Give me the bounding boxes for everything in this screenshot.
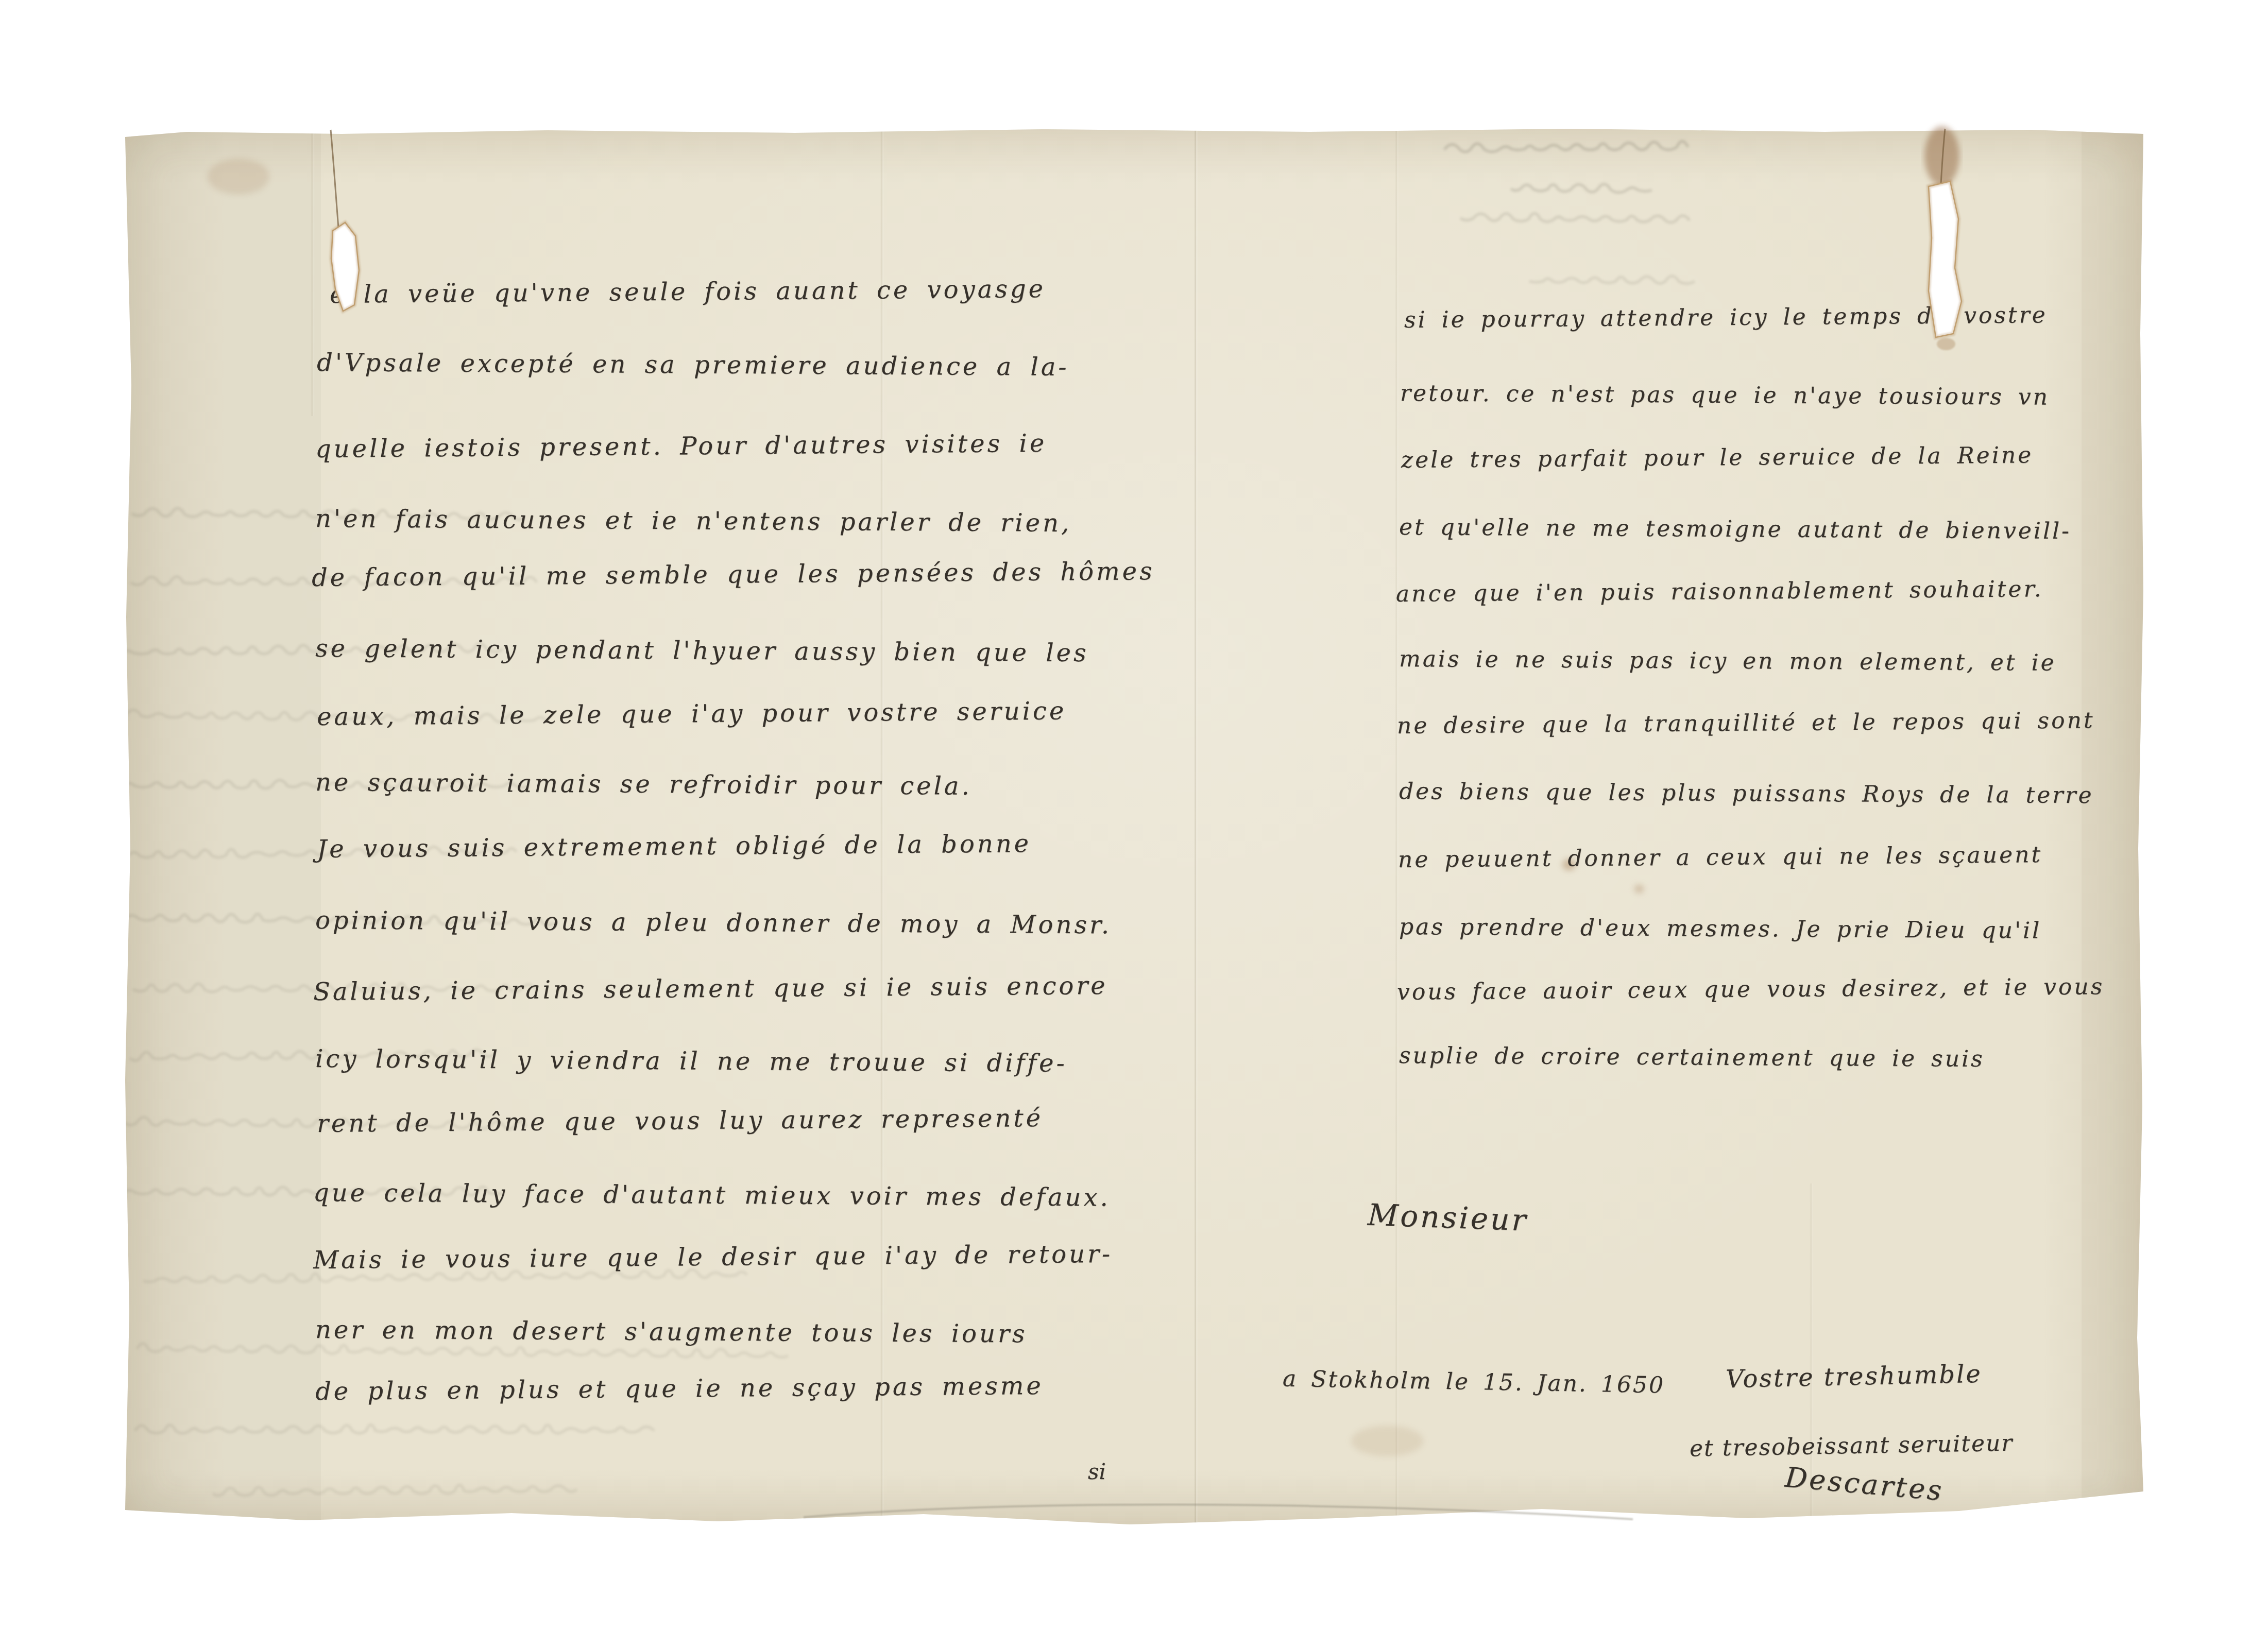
paper-shading-right xyxy=(2082,128,2143,1524)
manuscript-line: se gelent icy pendant l'hyuer aussy bien… xyxy=(315,636,1089,665)
manuscript-line: eaux, mais le zele que i'ay pour vostre … xyxy=(317,699,1067,729)
manuscript-line: d'Vpsale excepté en sa premiere audience… xyxy=(317,350,1069,380)
manuscript-line: de facon qu'il me semble que les pensées… xyxy=(312,559,1155,590)
manuscript-line: quelle iestois present. Pour d'autres vi… xyxy=(315,431,1047,461)
manuscript-line: Je vous suis extremement obligé de la bo… xyxy=(317,831,1031,862)
fold-crease xyxy=(311,128,315,416)
manuscript-line: Saluius, ie crains seulement que si ie s… xyxy=(313,973,1108,1004)
manuscript-line: ne sçauroit iamais se refroidir pour cel… xyxy=(315,770,972,799)
catchword: si xyxy=(1088,1459,1106,1484)
manuscript-line: vous face auoir ceux que vous desirez, e… xyxy=(1397,975,2105,1004)
manuscript-line: suplie de croire certainement que ie sui… xyxy=(1399,1044,1985,1071)
manuscript-line: mais ie ne suis pas icy en mon element, … xyxy=(1399,648,2056,675)
fold-crease xyxy=(1395,128,1399,1524)
manuscript-line: des biens que les plus puissans Roys de … xyxy=(1399,780,2094,807)
dateline: a Stokholm le 15. Jan. 1650 xyxy=(1283,1366,1665,1399)
scan-background: e la veüe qu'vne seule fois auant ce voy… xyxy=(0,0,2268,1648)
manuscript-line: Mais ie vous iure que le desir que i'ay … xyxy=(313,1242,1113,1273)
foxing-spot xyxy=(1634,885,1644,893)
manuscript-line: ance que i'en puis raisonnablement souha… xyxy=(1396,578,2043,606)
manuscript-line: de plus en plus et que ie ne sçay pas me… xyxy=(315,1374,1044,1404)
manuscript-line: icy lorsqu'il y viendra il ne me trouue … xyxy=(315,1046,1067,1076)
letter-sheet: e la veüe qu'vne seule fois auant ce voy… xyxy=(125,128,2143,1524)
manuscript-line: opinion qu'il vous a pleu donner de moy … xyxy=(315,908,1112,937)
manuscript-line: rent de l'hôme que vous luy aurez repres… xyxy=(317,1106,1043,1136)
manuscript-line: ner en mon desert s'augmente tous les io… xyxy=(315,1317,1028,1346)
manuscript-line: e la veüe qu'vne seule fois auant ce voy… xyxy=(330,277,1046,307)
salutation: Monsieur xyxy=(1367,1197,1529,1238)
manuscript-line: ne desire que la tranquillité et le repo… xyxy=(1397,709,2095,737)
paper-shading-left xyxy=(125,128,321,1524)
manuscript-line: zele tres parfait pour le seruice de la … xyxy=(1401,444,2034,472)
manuscript-line: que cela luy face d'autant mieux voir me… xyxy=(313,1180,1111,1210)
manuscript-line: si ie pourray attendre icy le temps de v… xyxy=(1404,304,2048,332)
valediction-line-1: Vostre treshumble xyxy=(1725,1360,1982,1394)
foxing-spot xyxy=(1351,1426,1423,1456)
manuscript-line: et qu'elle ne me tesmoigne autant de bie… xyxy=(1399,516,2071,543)
manuscript-line: retour. ce n'est pas que ie n'aye tousio… xyxy=(1400,382,2050,409)
bleedthrough-ghost-text xyxy=(125,128,2143,1524)
valediction-line-2: et tresobeissant seruiteur xyxy=(1690,1430,2014,1462)
manuscript-line: ne peuuent donner a ceux qui ne les sçau… xyxy=(1398,844,2042,871)
manuscript-line: pas prendre d'eux mesmes. Je prie Dieu q… xyxy=(1399,916,2042,942)
fold-crease xyxy=(880,128,884,1524)
foxing-spot xyxy=(208,159,269,195)
manuscript-line: n'en fais aucunes et ie n'entens parler … xyxy=(315,506,1072,536)
signature-descartes: Descartes xyxy=(1784,1461,1945,1507)
fold-crease-center xyxy=(1194,128,1198,1524)
